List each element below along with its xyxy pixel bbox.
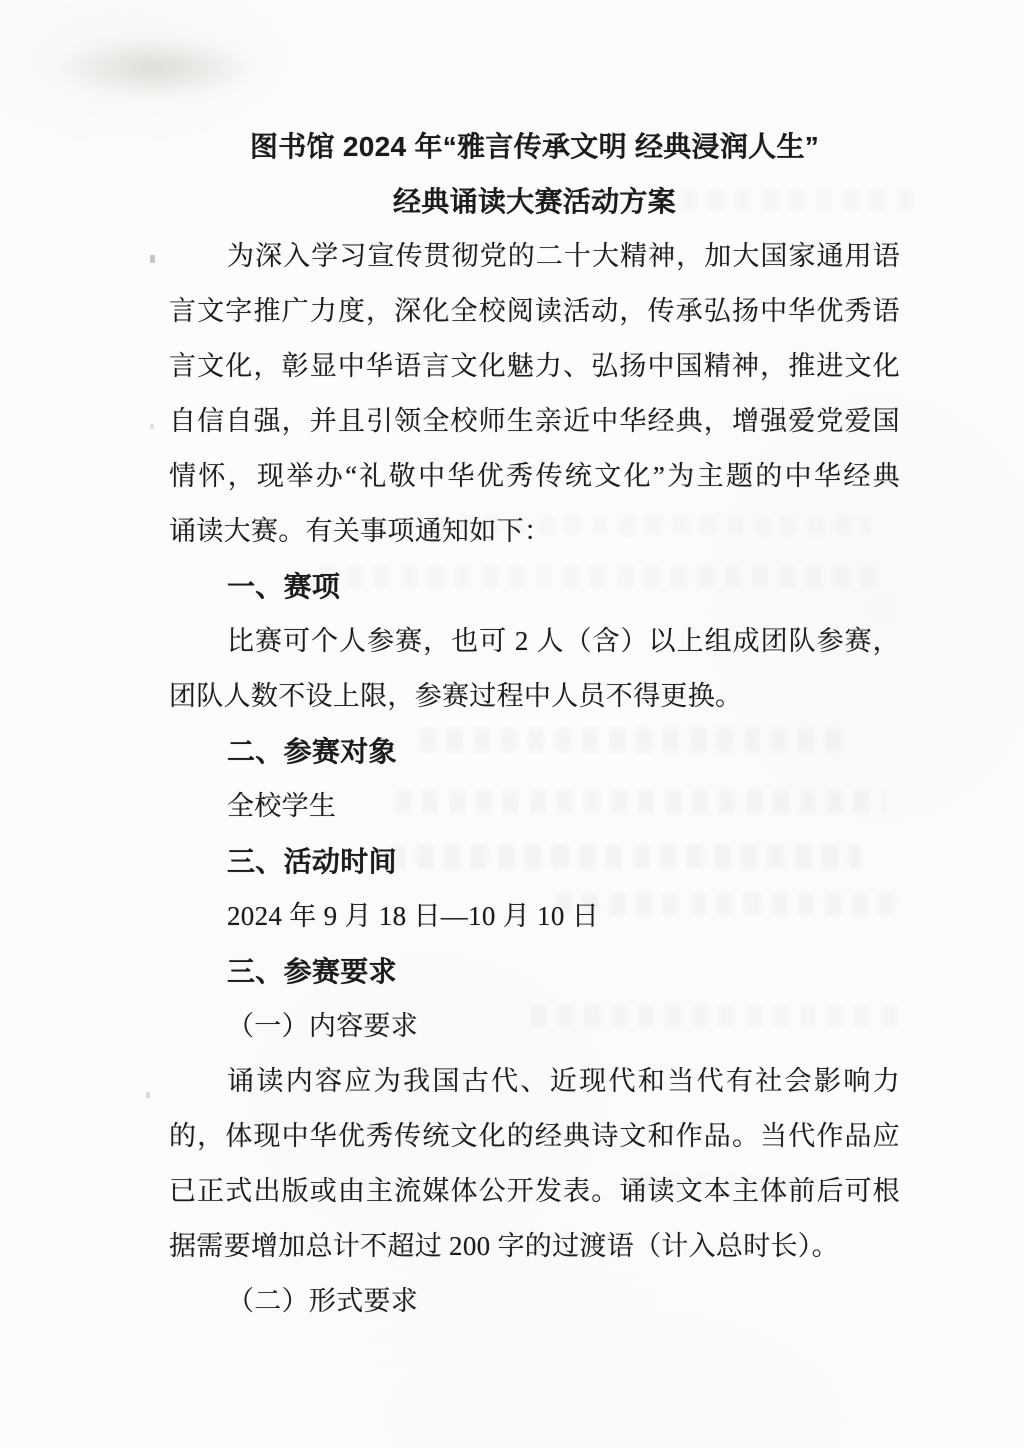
document-page: 图书馆 2024 年“雅言传承文明 经典浸润人生” 经典诵读大赛活动方案 为深入…: [0, 0, 1024, 1448]
doc-title-line-1: 图书馆 2024 年“雅言传承文明 经典浸润人生”: [169, 119, 900, 174]
heading-activity-time: 三、活动时间: [169, 834, 900, 889]
body-line: 据需要增加总计不超过 200 字的过渡语（计入总时长）。: [169, 1219, 900, 1274]
intro-paragraph-line: 为深入学习宣传贯彻党的二十大精神，加大国家通用语: [169, 229, 900, 284]
body-line: 已正式出版或由主流媒体公开发表。诵读文本主体前后可根: [169, 1164, 900, 1219]
body-line: 全校学生: [169, 779, 900, 834]
intro-paragraph-line: 诵读大赛。有关事项通知如下：: [169, 504, 900, 559]
heading-entry-requirements: 三、参赛要求: [169, 944, 900, 999]
body-line: 比赛可个人参赛，也可 2 人（含）以上组成团队参赛，: [169, 614, 900, 669]
scan-speck: [146, 1092, 150, 1098]
intro-paragraph-line: 言文字推广力度，深化全校阅读活动，传承弘扬中华优秀语: [169, 284, 900, 339]
subheading-format-requirements: （二）形式要求: [169, 1274, 900, 1329]
body-line: 的，体现中华优秀传统文化的经典诗文和作品。当代作品应: [169, 1109, 900, 1164]
document-body: 图书馆 2024 年“雅言传承文明 经典浸润人生” 经典诵读大赛活动方案 为深入…: [169, 119, 900, 1329]
subheading-content-requirements: （一）内容要求: [169, 999, 900, 1054]
doc-title-line-2: 经典诵读大赛活动方案: [169, 174, 900, 229]
intro-paragraph-line: 言文化，彰显中华语言文化魅力、弘扬中国精神，推进文化: [169, 339, 900, 394]
heading-participants: 二、参赛对象: [169, 724, 900, 779]
intro-paragraph-line: 自信自强，并且引领全校师生亲近中华经典，增强爱党爱国: [169, 394, 900, 449]
body-line-date-range: 2024 年 9 月 18 日—10 月 10 日: [169, 889, 900, 944]
intro-paragraph-line: 情怀，现举办“礼敬中华优秀传统文化”为主题的中华经典: [169, 449, 900, 504]
scan-smudge: [20, 28, 290, 108]
body-line: 团队人数不设上限，参赛过程中人员不得更换。: [169, 669, 900, 724]
scan-speck: [150, 424, 154, 429]
body-line: 诵读内容应为我国古代、近现代和当代有社会影响力: [169, 1054, 900, 1109]
scan-speck: [150, 255, 155, 263]
heading-competition-events: 一、赛项: [169, 559, 900, 614]
